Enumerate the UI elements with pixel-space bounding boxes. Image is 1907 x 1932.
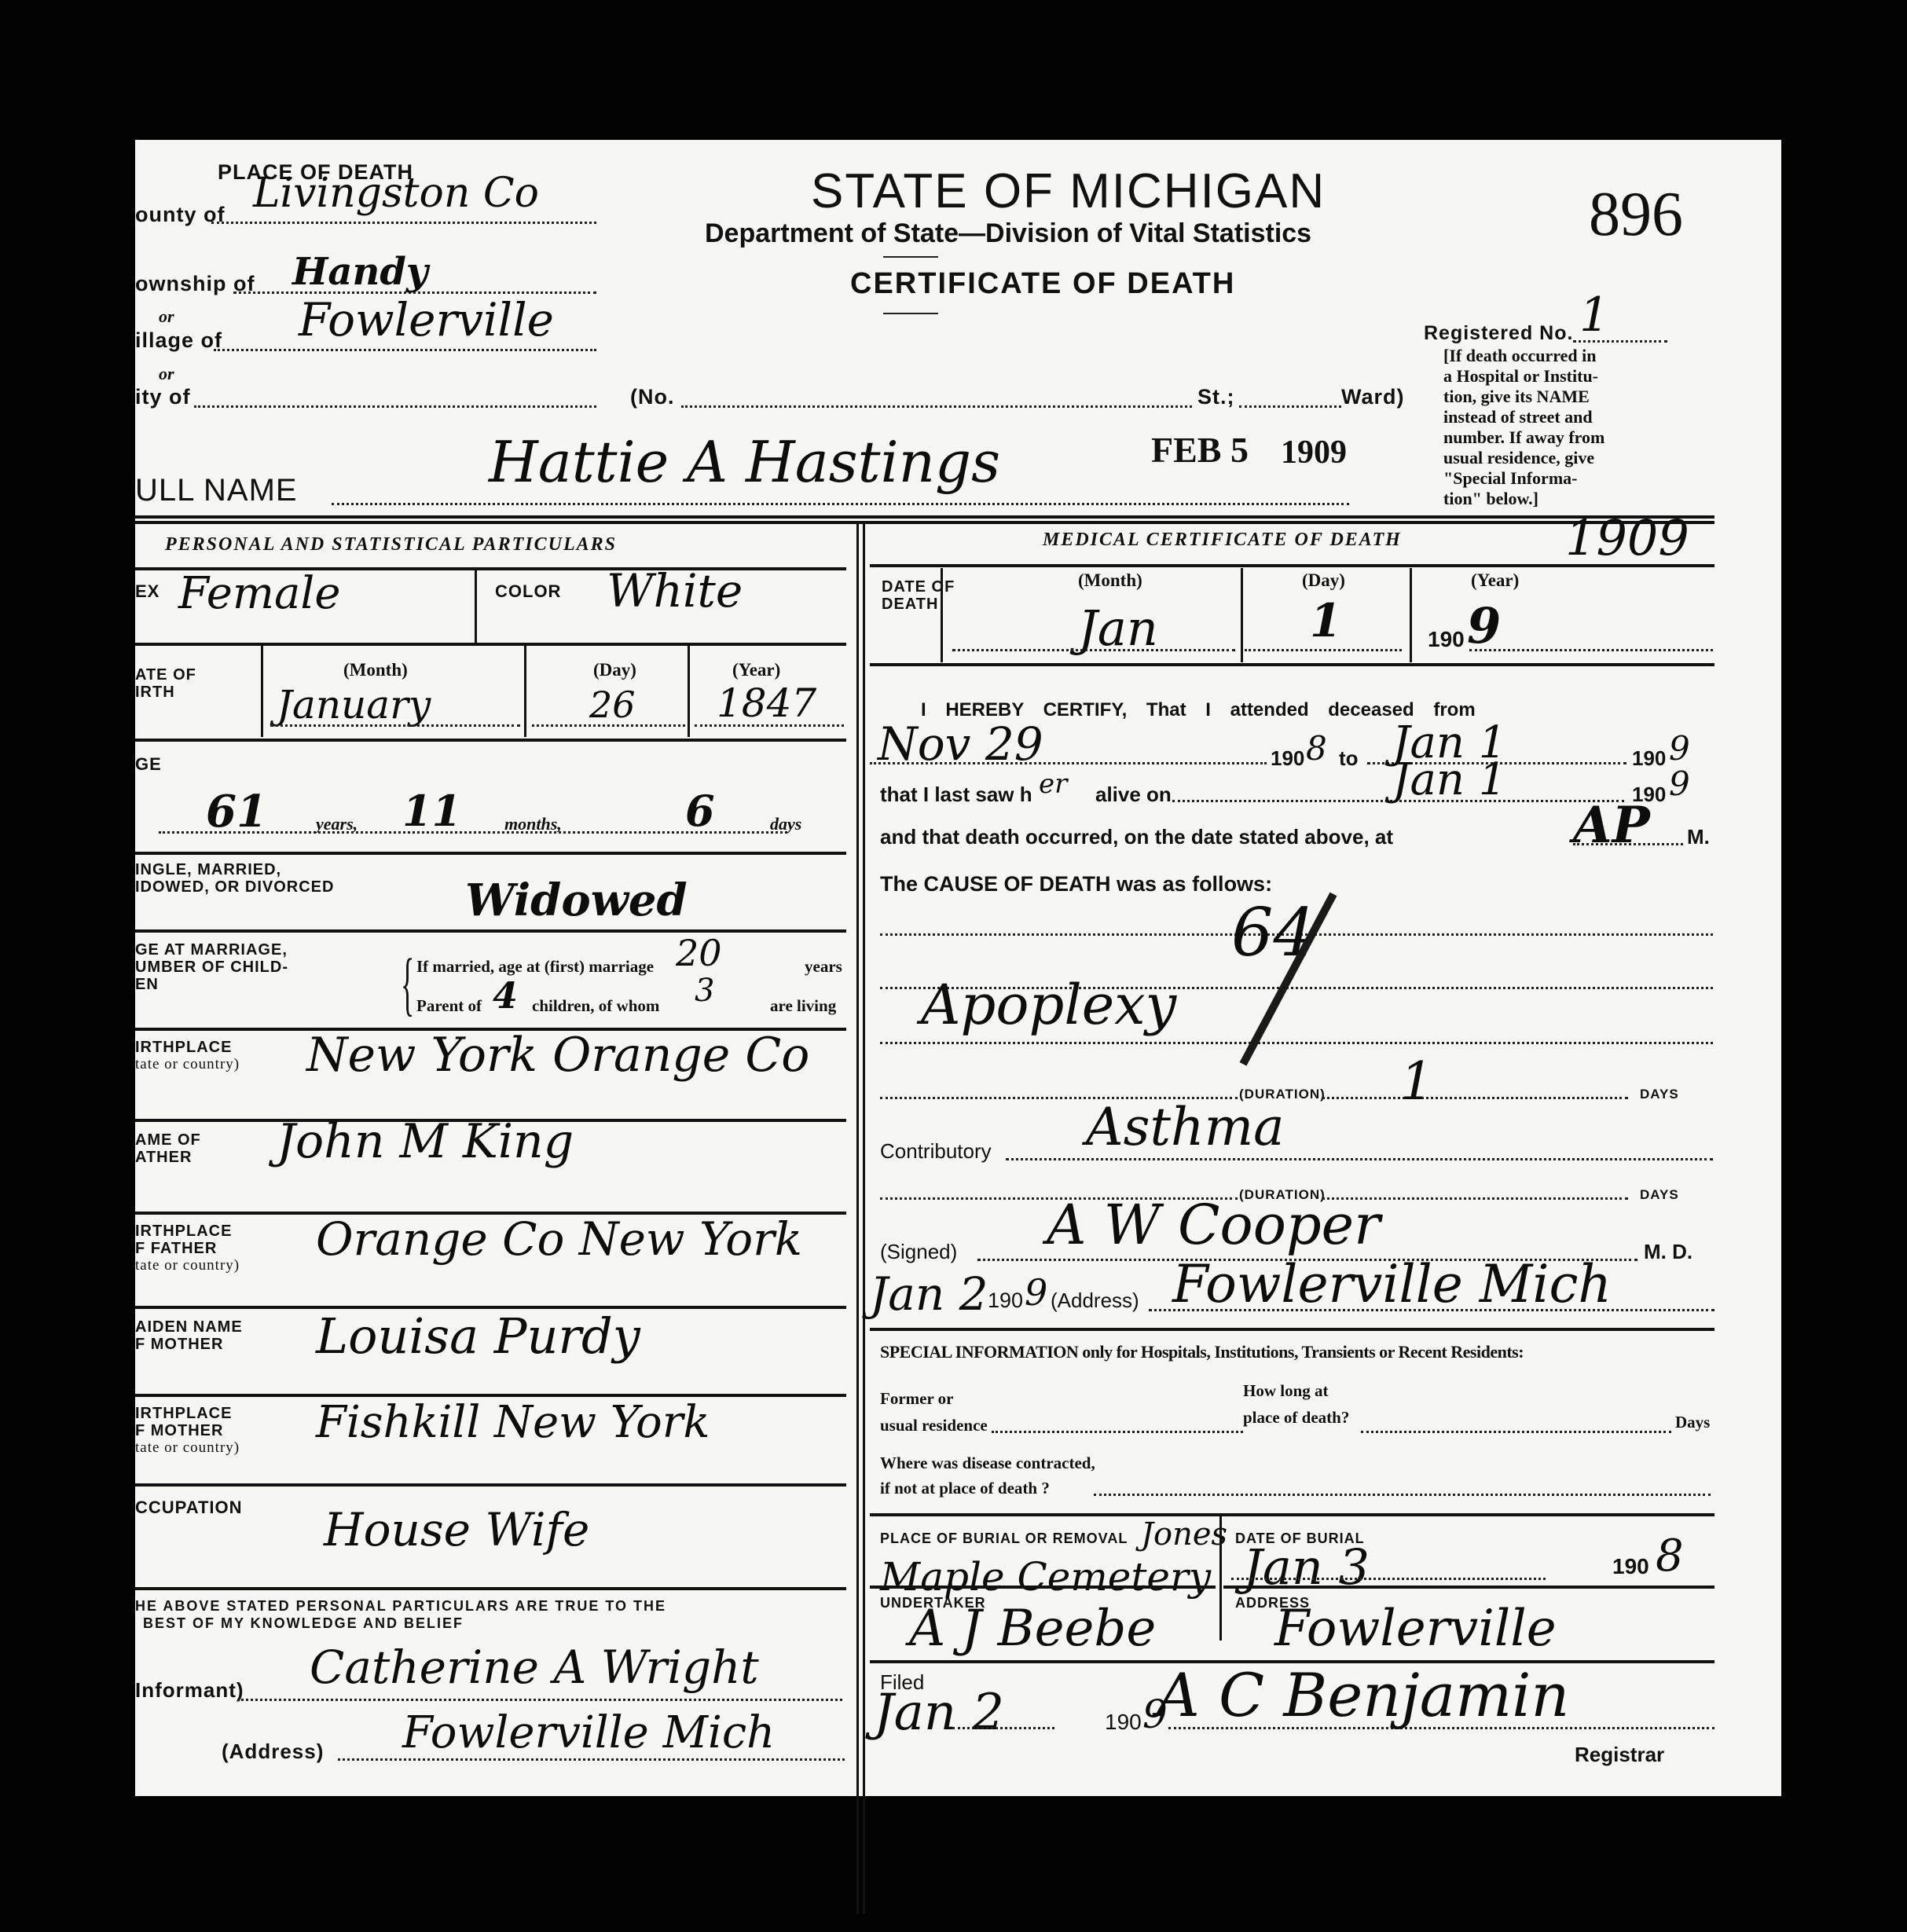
- cause-value: Apoplexy: [921, 973, 1176, 1037]
- contributory-value: Asthma: [1086, 1097, 1285, 1157]
- age-label: GE: [135, 754, 162, 775]
- to-text: to: [1339, 746, 1359, 771]
- sex-value: Female: [178, 568, 340, 619]
- signed-value: A W Cooper: [1047, 1193, 1381, 1257]
- age-years-label: years,: [316, 814, 358, 834]
- ward-label: Ward): [1341, 385, 1405, 409]
- state-title: STATE OF MICHIGAN: [811, 163, 1326, 219]
- death-certificate: PLACE OF DEATH ounty of Livingston Co ow…: [135, 140, 1781, 1796]
- village-field-line: [214, 349, 596, 351]
- signed-year-prefix: 190: [988, 1289, 1023, 1313]
- personal-rule-11: [135, 1587, 846, 1590]
- attended-from-value: Nov 29: [878, 717, 1043, 771]
- dod-month-line: [952, 649, 1235, 651]
- dod-label: DATE OF DEATH: [882, 578, 955, 613]
- header-rule-1: [135, 515, 1714, 519]
- last-saw-text: that I last saw h: [880, 783, 1032, 807]
- dod-year-prefix: 190: [1428, 627, 1465, 652]
- dob-day-line: [532, 724, 685, 727]
- informant-address-line: [338, 1758, 845, 1761]
- age-months-label: months,: [504, 814, 562, 834]
- ward-field-line: [1239, 405, 1341, 408]
- title-rule-bottom: [883, 313, 938, 314]
- village-value: Fowlerville: [299, 293, 554, 346]
- personal-rule-1: [135, 643, 846, 646]
- age-days-label: days: [770, 814, 801, 834]
- dod-year-line: [1469, 649, 1713, 651]
- dob-month-value: January: [277, 682, 431, 728]
- informant-value: Catherine A Wright: [310, 1641, 759, 1694]
- marriage-age-unit: years: [805, 957, 842, 977]
- cause-line-3: [880, 1042, 1713, 1044]
- dod-day-line: [1245, 649, 1402, 651]
- how-long-line: [1361, 1431, 1671, 1433]
- burial-place-annotation: Jones: [1141, 1516, 1227, 1553]
- children-text: children, of whom: [532, 996, 659, 1016]
- county-value: Livingston Co: [253, 170, 539, 217]
- undertaker-address-value: Fowlerville: [1274, 1600, 1557, 1658]
- title-rule-top: [883, 256, 938, 258]
- registered-no-value: 1: [1579, 288, 1609, 343]
- mother-birthplace-label: IRTHPLACE F MOTHER tate or country): [135, 1405, 240, 1457]
- dob-day-label: (Day): [593, 660, 636, 680]
- sex-color-divider: [475, 569, 477, 643]
- how-long-label: How long at place of death?: [1243, 1377, 1349, 1431]
- occupation-value: House Wife: [324, 1503, 589, 1556]
- physician-address-label: (Address): [1051, 1289, 1139, 1313]
- last-saw-pronoun: er: [1039, 768, 1067, 800]
- burial-place-value: Maple Cemetery: [880, 1554, 1211, 1600]
- filed-value: Jan 2: [874, 1684, 1004, 1742]
- children-living: 3: [695, 973, 714, 1009]
- hospital-note: [If death occurred in a Hospital or Inst…: [1443, 346, 1679, 509]
- physician-address-value: Fowlerville Mich: [1172, 1254, 1612, 1314]
- disease-contracted-label: Where was disease contracted, if not at …: [880, 1450, 1095, 1501]
- filed-date-line: [952, 1727, 1054, 1729]
- informant-label: Informant): [135, 1678, 244, 1703]
- dod-divider-2: [1241, 568, 1243, 662]
- attended-to-year-suffix: 9: [1669, 729, 1690, 768]
- personal-rule-4: [135, 929, 846, 933]
- former-residence-label: Former or usual residence: [880, 1385, 988, 1439]
- burial-divider: [1219, 1515, 1222, 1641]
- township-value: Handy: [292, 250, 428, 294]
- full-name-label: ULL NAME: [135, 473, 298, 508]
- mother-birthplace-value: Fishkill New York: [316, 1397, 710, 1448]
- marriage-age-value: 20: [676, 932, 722, 974]
- street-field-line: [681, 405, 1192, 408]
- cause-heading: The CAUSE OF DEATH was as follows:: [880, 872, 1272, 896]
- sex-label: EX: [135, 581, 160, 602]
- mother-maiden-label: AIDEN NAME F MOTHER: [135, 1318, 243, 1353]
- age-days-value: 6: [685, 786, 715, 836]
- dod-month-label: (Month): [1078, 570, 1142, 591]
- informant-address-value: Fowlerville Mich: [402, 1707, 775, 1758]
- certificate-title: CERTIFICATE OF DEATH: [850, 267, 1235, 301]
- brace-icon: {: [401, 949, 414, 1020]
- md-label: M. D.: [1644, 1240, 1692, 1264]
- center-divider-left: [856, 523, 859, 1914]
- alive-on-text: alive on: [1095, 783, 1172, 807]
- department-title: Department of State—Division of Vital St…: [705, 218, 1311, 249]
- registrar-signature: A C Benjamin: [1157, 1660, 1569, 1730]
- personal-rule-10: [135, 1483, 846, 1487]
- full-name-value: Hattie A Hastings: [489, 429, 1000, 495]
- color-value: White: [607, 564, 743, 618]
- signed-year-suffix: 9: [1025, 1271, 1047, 1314]
- medical-rule-2: [870, 1328, 1714, 1331]
- undertaker-value: A J Beebe: [909, 1600, 1156, 1658]
- dob-divider-2: [524, 645, 526, 737]
- disease-contracted-line: [1094, 1494, 1711, 1496]
- burial-place-rule: [870, 1586, 1216, 1589]
- children-count: 4: [493, 974, 518, 1017]
- medical-rule-1: [870, 663, 1714, 666]
- marriage-children-label: GE AT MARRIAGE, UMBER OF CHILD- EN: [135, 941, 288, 993]
- burial-date-line: [1231, 1578, 1546, 1580]
- dob-year-value: 1847: [717, 680, 816, 726]
- burial-date-year-suffix: 8: [1656, 1531, 1684, 1582]
- medical-rule-0: [870, 564, 1714, 567]
- dod-divider-1: [941, 568, 943, 662]
- dod-day-value: 1: [1310, 594, 1341, 647]
- attended-to-year-prefix: 190: [1632, 746, 1666, 771]
- village-label: illage of: [135, 328, 222, 353]
- marriage-age-text: If married, age at (first) marriage: [416, 957, 654, 977]
- personal-rule-2: [135, 739, 846, 742]
- dob-month-line: [270, 724, 520, 727]
- full-name-line: [332, 503, 1349, 505]
- marital-status-value: Widowed: [465, 874, 688, 926]
- contributory-days-label: DAYS: [1640, 1187, 1679, 1203]
- header-rule-2: [135, 521, 1714, 524]
- dod-divider-3: [1410, 568, 1412, 662]
- dob-label: ATE OF IRTH: [135, 666, 196, 701]
- marital-status-label: INGLE, MARRIED, IDOWED, OR DIVORCED: [135, 861, 334, 896]
- burial-place-label: PLACE OF BURIAL OR REMOVAL: [880, 1531, 1128, 1547]
- county-field-line: [211, 222, 596, 224]
- burial-date-rule: [1223, 1586, 1714, 1589]
- dob-divider-1: [261, 645, 263, 737]
- or-text-2: or: [159, 364, 174, 384]
- dod-year-suffix: 9: [1467, 597, 1501, 654]
- dod-year-label: (Year): [1471, 570, 1519, 591]
- dob-day-value: 26: [589, 684, 636, 726]
- informant-line: [237, 1699, 842, 1701]
- or-text-1: or: [159, 306, 174, 327]
- duration-days-label: DAYS: [1640, 1087, 1679, 1102]
- color-label: COLOR: [495, 581, 561, 602]
- father-birthplace-label: IRTHPLACE F FATHER tate or country): [135, 1223, 240, 1274]
- center-divider-right: [863, 523, 865, 1914]
- filed-stamp-date: FEB 5: [1151, 429, 1249, 471]
- registered-no-label: Registered No.: [1424, 322, 1573, 345]
- dob-month-label: (Month): [343, 660, 408, 680]
- mother-maiden-value: Louisa Purdy: [316, 1307, 640, 1365]
- parent-of-text: Parent of: [416, 996, 482, 1016]
- personal-rule-3: [135, 852, 846, 855]
- dob-divider-3: [688, 645, 690, 737]
- filed-stamp-year: 1909: [1281, 434, 1347, 471]
- age-years-value: 61: [206, 786, 267, 838]
- father-name-label: AME OF ATHER: [135, 1131, 201, 1166]
- occupation-label: CCUPATION: [135, 1498, 243, 1518]
- how-long-days-label: Days: [1675, 1413, 1710, 1432]
- informant-address-label: (Address): [222, 1740, 324, 1764]
- last-saw-year-suffix: 9: [1669, 764, 1690, 803]
- medical-rule-3: [870, 1513, 1714, 1516]
- dob-year-line: [695, 724, 844, 727]
- last-saw-date: Jan 1: [1392, 754, 1506, 805]
- living-text: are living: [770, 996, 836, 1016]
- filed-year-prefix: 190: [1105, 1710, 1142, 1735]
- burial-date-year-prefix: 190: [1612, 1554, 1649, 1579]
- registrar-label: Registrar: [1575, 1743, 1664, 1767]
- signed-date: Jan 2: [870, 1267, 988, 1321]
- duration-value: 1: [1400, 1051, 1433, 1112]
- attended-from-year-prefix: 190: [1271, 746, 1304, 771]
- death-time-value: AP: [1573, 796, 1650, 855]
- street-label: St.;: [1197, 385, 1235, 409]
- death-time-text: and that death occurred, on the date sta…: [880, 825, 1393, 849]
- contributory-line: [1006, 1158, 1713, 1160]
- father-name-value: John M King: [277, 1114, 574, 1169]
- city-field-line: [194, 405, 596, 408]
- dod-day-label: (Day): [1302, 570, 1345, 591]
- birthplace-label: IRTHPLACE tate or country): [135, 1039, 240, 1073]
- father-birthplace-value: Orange Co New York: [316, 1212, 802, 1266]
- former-residence-line: [992, 1431, 1243, 1433]
- dob-year-label: (Year): [732, 660, 780, 680]
- contributory-label: Contributory: [880, 1139, 992, 1164]
- medical-year-annotation: 1909: [1565, 509, 1689, 566]
- death-time-suffix: M.: [1687, 825, 1710, 849]
- certificate-number: 896: [1589, 179, 1683, 251]
- duration-line-1b: [1322, 1097, 1628, 1099]
- age-months-value: 11: [402, 786, 461, 836]
- personal-section-heading: PERSONAL AND STATISTICAL PARTICULARS: [165, 534, 617, 555]
- special-info-heading: SPECIAL INFORMATION only for Hospitals, …: [880, 1342, 1524, 1362]
- street-number-label: (No.: [630, 385, 674, 409]
- city-label: ity of: [135, 385, 191, 409]
- signed-label: (Signed): [880, 1240, 957, 1264]
- birthplace-value: New York Orange Co: [306, 1028, 809, 1083]
- attended-from-year-suffix: 8: [1306, 729, 1327, 768]
- medical-section-heading: MEDICAL CERTIFICATE OF DEATH: [1043, 530, 1402, 551]
- attestation-text: HE ABOVE STATED PERSONAL PARTICULARS ARE…: [135, 1597, 666, 1632]
